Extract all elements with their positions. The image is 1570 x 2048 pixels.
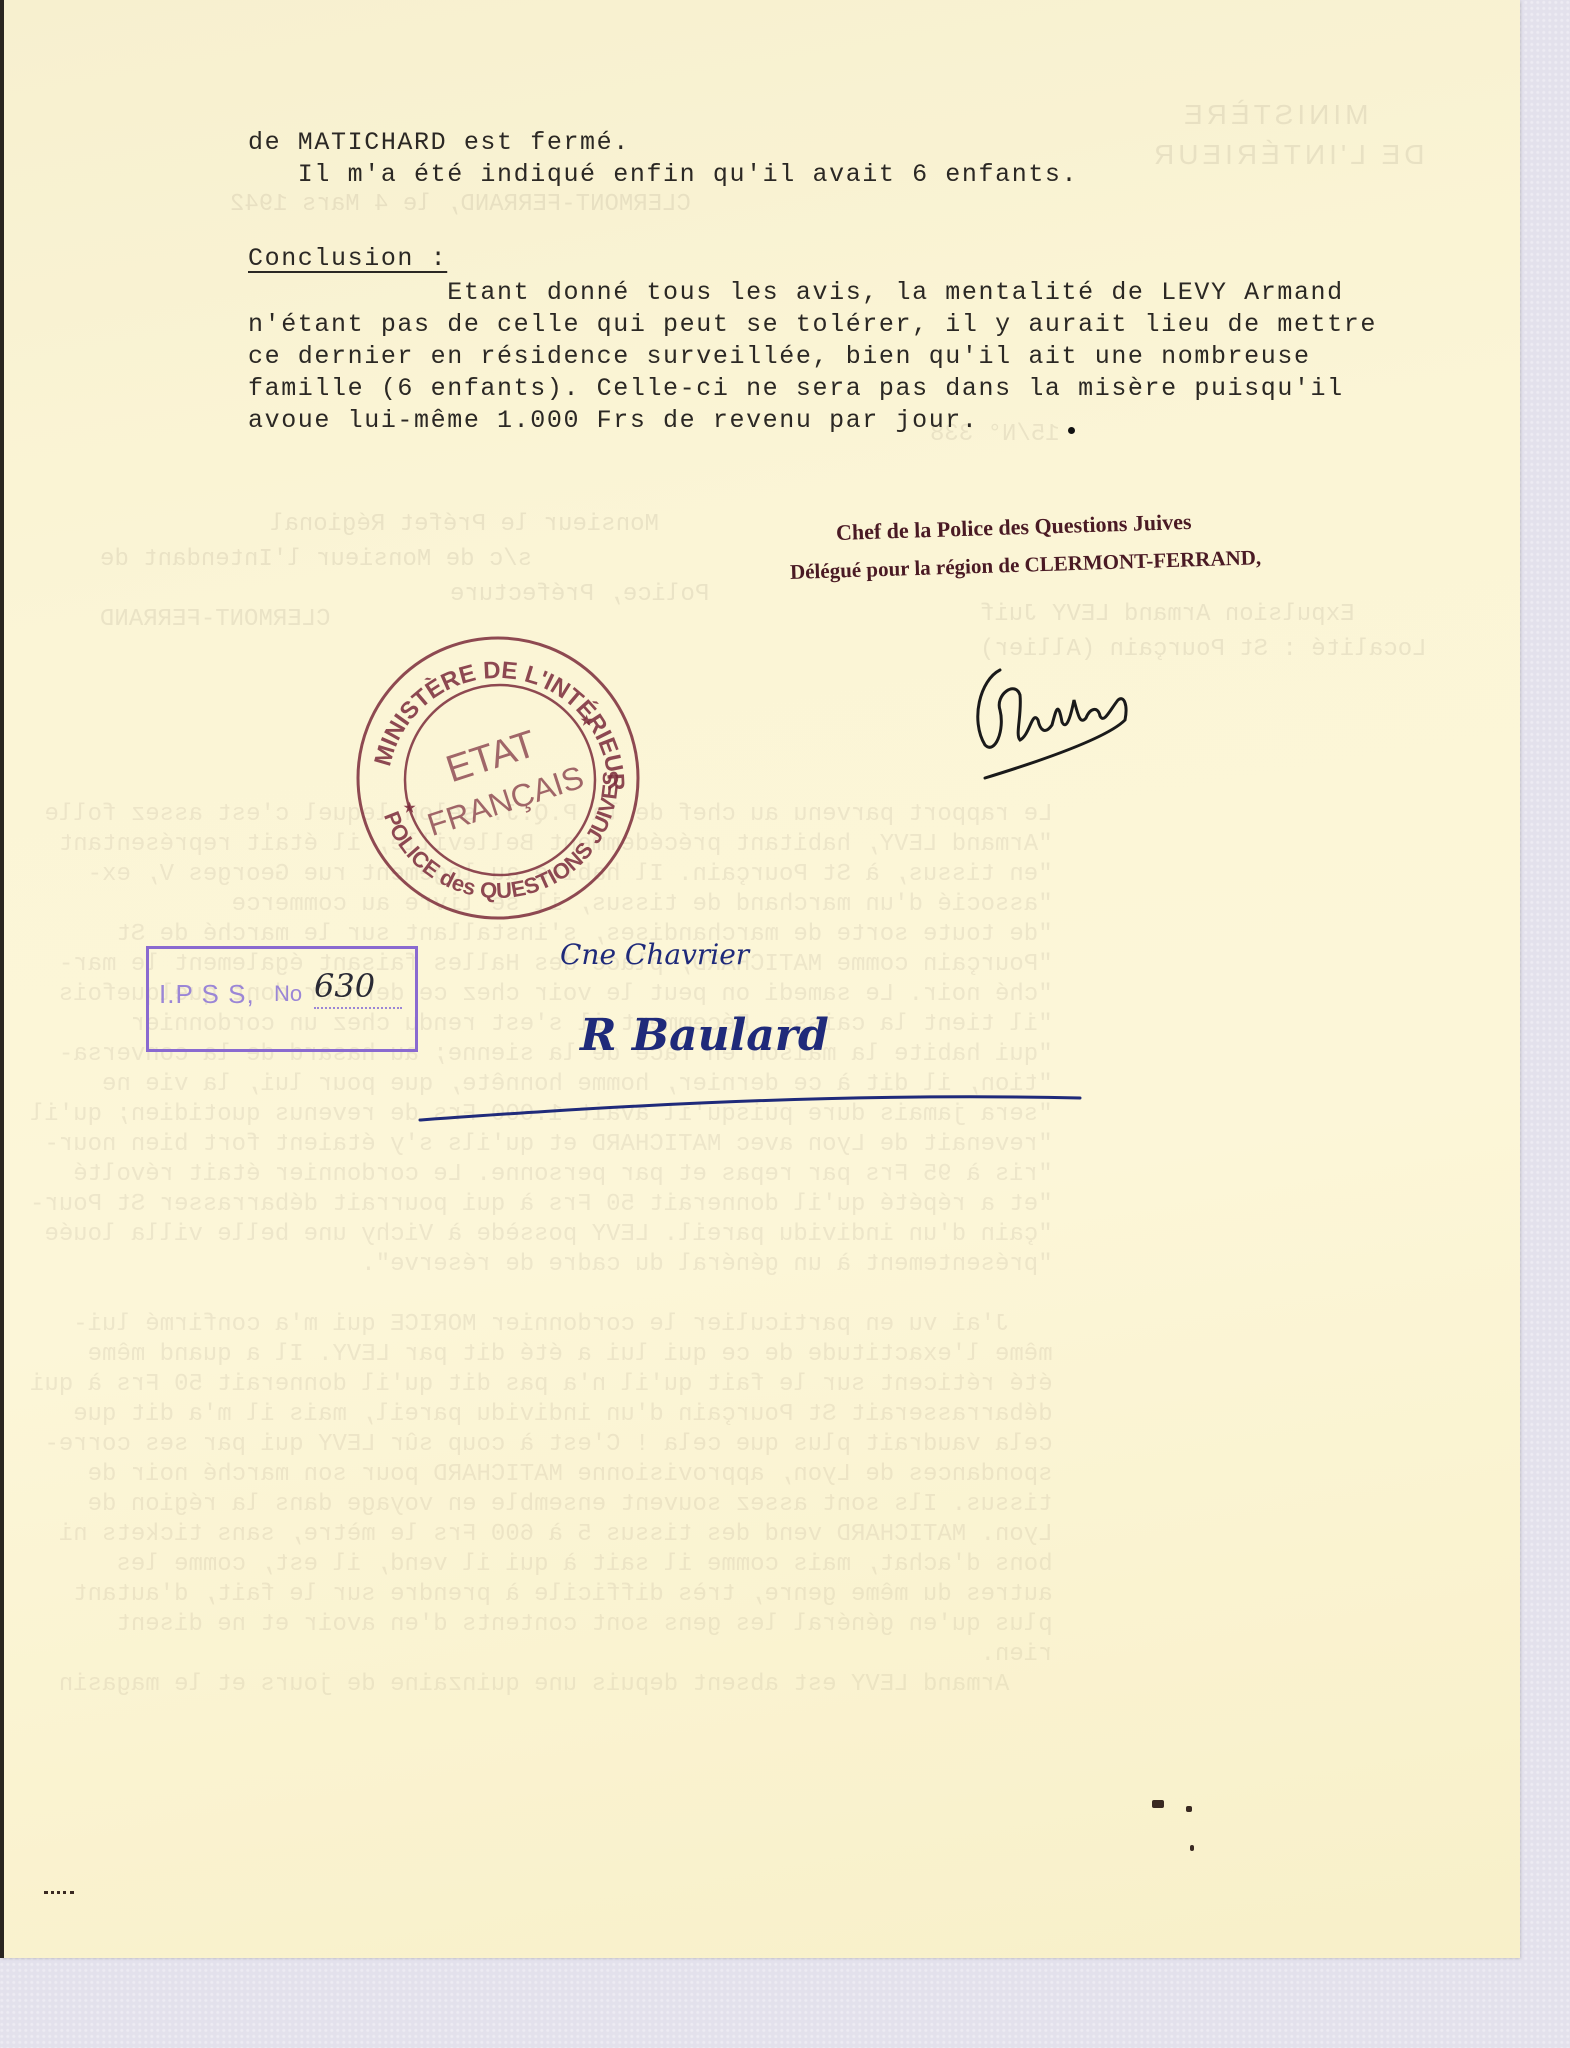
ipss-stamp-frame: I.P S S, No 630 [146, 946, 418, 1052]
annotation-initial-signature: R Baulard [580, 1010, 829, 1061]
bleed-letterhead-2: DE L'INTÉRIEUR [1150, 140, 1425, 170]
document-page: MINISTÈRE DE L'INTÉRIEUR CLERMONT-FERRAN… [0, 0, 1520, 1958]
signature-cailleau [960, 640, 1160, 780]
conclusion-line-5: avoue lui-même 1.000 Frs de revenu par j… [248, 406, 979, 435]
conclusion-line-1: Etant donné tous les avis, la mentalité … [248, 278, 1344, 307]
seal-star-left-icon: ★ [403, 795, 416, 820]
bleed-body-text: Le rapport parvenu au chef de la P.Q.J. … [30, 800, 1053, 1700]
ipss-label-text: I.P S S, [159, 979, 255, 1010]
ink-speck [1152, 1800, 1164, 1808]
bleed-subject-1: Expulsion Armand LEVY Juif [980, 600, 1354, 630]
bleed-date-line: CLERMONT-FERRAND, le 4 Mars 1942 [230, 190, 691, 220]
bleed-letterhead-1: MINISTÈRE [1180, 100, 1368, 130]
conclusion-heading: Conclusion : [248, 244, 447, 273]
ink-speck [1186, 1806, 1192, 1812]
conclusion-line-3: ce dernier en résidence surveillée, bien… [248, 342, 1311, 371]
ink-dots [44, 1887, 74, 1894]
page-edge-shadow [0, 0, 4, 1958]
bleed-addressee-2: s/c de Monsieur l'Intendant de [100, 545, 532, 575]
bleed-addressee-3: Police, Préfecture [450, 580, 709, 610]
ipss-dotted-line [314, 1007, 402, 1009]
bleed-addressee-1: Monsieur le Préfet Régional [270, 510, 659, 540]
signature-underline [410, 1080, 1090, 1130]
ipss-number: 630 [314, 967, 375, 1005]
ink-speck [1190, 1845, 1194, 1851]
punch-mark [1068, 427, 1075, 434]
conclusion-line-4: famille (6 enfants). Celle-ci ne sera pa… [248, 374, 1344, 403]
signatory-title-line-1: Chef de la Police des Questions Juives [836, 509, 1192, 546]
annotation-rank-name: Cne Chavrier [560, 938, 749, 971]
seal-star-right-icon: ★ [580, 708, 593, 733]
signatory-title-line-2: Délégué pour la région de CLERMONT-FERRA… [790, 545, 1262, 585]
ipss-number-label: No [274, 981, 302, 1007]
body-line-1: de MATICHARD est fermé. [248, 128, 630, 157]
bleed-addressee-4: CLERMONT-FERRAND [100, 605, 330, 635]
ministry-seal: MINISTÈRE DE L'INTÉRIEUR POLICE des QUES… [348, 628, 648, 928]
conclusion-line-2: n'étant pas de celle qui peut se tolérer… [248, 310, 1377, 339]
body-line-2: Il m'a été indiqué enfin qu'il avait 6 e… [248, 160, 1078, 189]
